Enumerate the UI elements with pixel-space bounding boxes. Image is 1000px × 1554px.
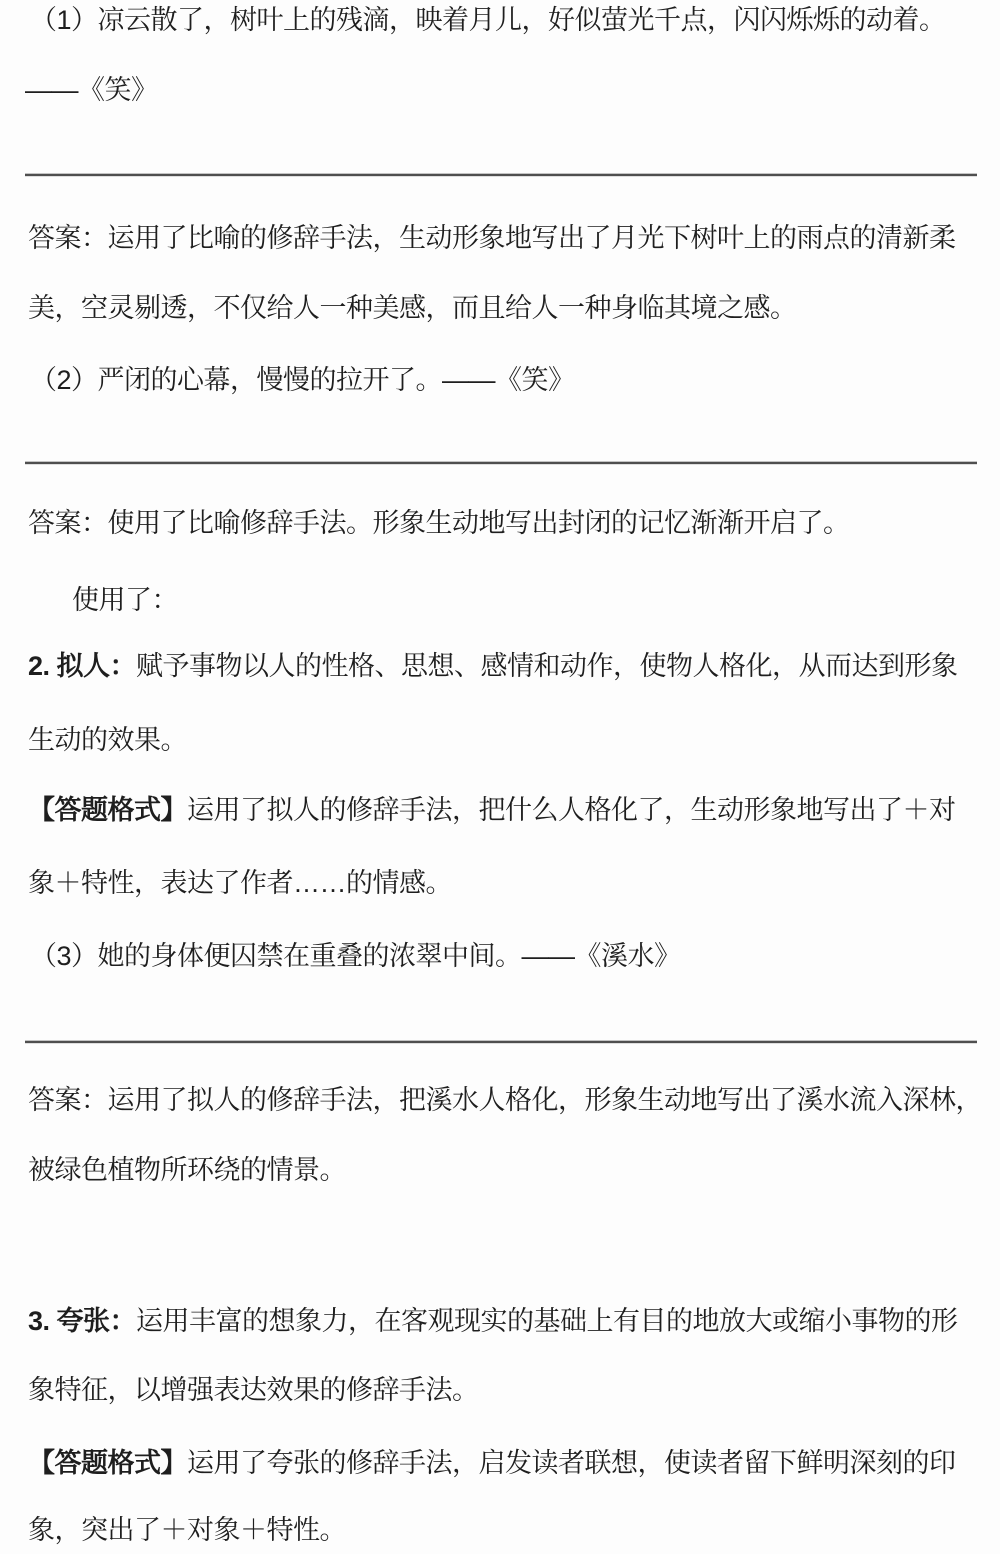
section3-format-line2: 象，突出了＋对象＋特性。	[28, 1517, 346, 1544]
section3-format-line1: 【答题格式】运用了夸张的修辞手法，启发读者联想，使读者留下鲜明深刻的印	[28, 1450, 956, 1477]
answer-format-label: 【答题格式】	[28, 1448, 187, 1478]
answer2-line: 答案：使用了比喻修辞手法。形象生动地写出封闭的记忆渐渐开启了。	[28, 510, 850, 537]
answer3-line2: 被绿色植物所环绕的情景。	[28, 1157, 346, 1184]
section3-definition-text: 运用丰富的想象力，在客观现实的基础上有目的地放大或缩小事物的形	[136, 1306, 958, 1336]
example1-source: ——《笑》	[25, 77, 158, 104]
answer3-line1: 答案：运用了拟人的修辞手法，把溪水人格化，形象生动地写出了溪水流入深林，	[28, 1087, 982, 1114]
divider-line-1	[25, 173, 977, 177]
section3-term-label: 3. 夸张：	[28, 1306, 136, 1336]
divider-line-2	[25, 461, 977, 465]
section3-definition-line1: 3. 夸张：运用丰富的想象力，在客观现实的基础上有目的地放大或缩小事物的形	[28, 1308, 958, 1335]
example1-quote: （1）凉云散了，树叶上的残滴，映着月儿，好似萤光千点，闪闪烁烁的动着。	[30, 7, 946, 34]
document-page: （1）凉云散了，树叶上的残滴，映着月儿，好似萤光千点，闪闪烁烁的动着。 ——《笑…	[0, 0, 1000, 1554]
example3-quote: （3）她的身体便囚禁在重叠的浓翠中间。——《溪水》	[30, 943, 681, 970]
section3-format-text: 运用了夸张的修辞手法，启发读者联想，使读者留下鲜明深刻的印	[187, 1448, 956, 1478]
answer1-line1: 答案：运用了比喻的修辞手法，生动形象地写出了月光下树叶上的雨点的清新柔	[28, 225, 956, 252]
section2-term-label: 2. 拟人：	[28, 651, 136, 681]
example2-quote: （2）严闭的心幕，慢慢的拉开了。——《笑》	[30, 367, 575, 394]
answer1-line2: 美，空灵剔透，不仅给人一种美感，而且给人一种身临其境之感。	[28, 295, 797, 322]
section3-definition-line2: 象特征，以增强表达效果的修辞手法。	[28, 1377, 479, 1404]
section2-definition-line2: 生动的效果。	[28, 727, 187, 754]
section2-definition-text: 赋予事物以人的性格、思想、感情和动作，使物人格化，从而达到形象	[136, 651, 958, 681]
section2-format-line2: 象＋特性，表达了作者……的情感。	[28, 870, 452, 897]
answer-format-label: 【答题格式】	[28, 795, 187, 825]
section2-format-text: 运用了拟人的修辞手法，把什么人格化了，生动形象地写出了＋对	[187, 795, 956, 825]
answer-fragment: 使用了：	[72, 587, 178, 614]
divider-line-3	[25, 1040, 977, 1044]
section2-definition-line1: 2. 拟人：赋予事物以人的性格、思想、感情和动作，使物人格化，从而达到形象	[28, 653, 958, 680]
section2-format-line1: 【答题格式】运用了拟人的修辞手法，把什么人格化了，生动形象地写出了＋对	[28, 797, 956, 824]
